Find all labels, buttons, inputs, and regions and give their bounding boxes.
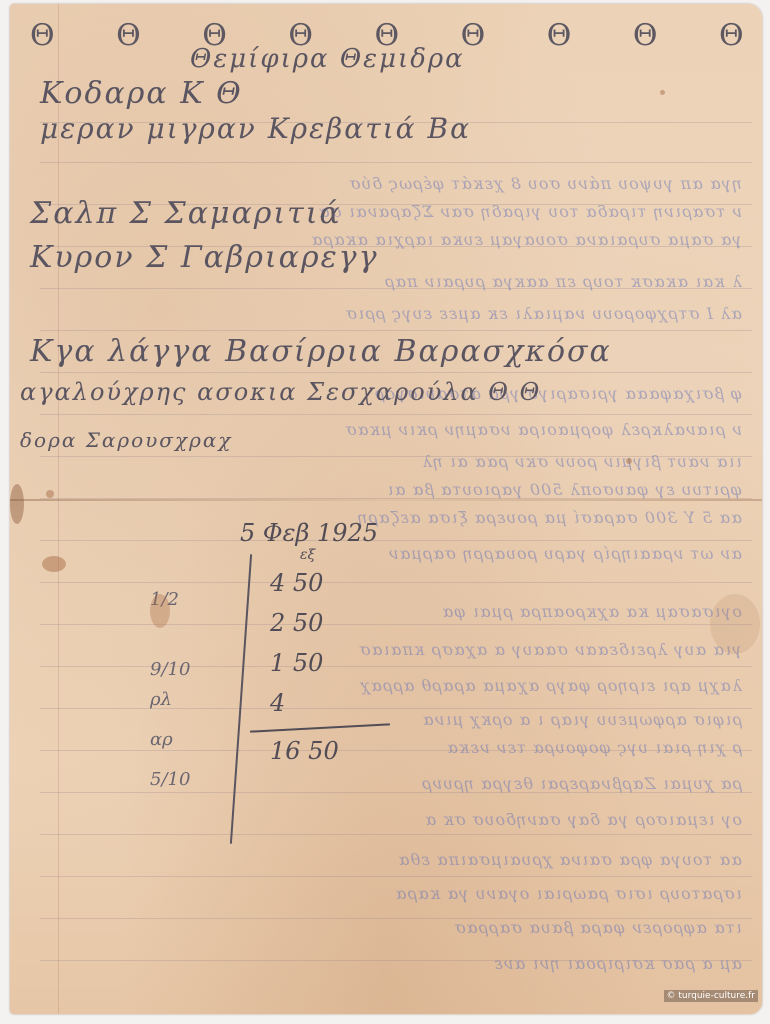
ruled-line — [40, 372, 752, 373]
ruled-line — [40, 162, 752, 163]
stain — [660, 90, 665, 95]
handwritten-line: Θεμίφιρα Θεμιδρα — [190, 44, 465, 74]
handwritten-line: δορα Σαρουσχραχ — [20, 428, 232, 452]
handwritten-line: Κγα λάγγα Βασίρρια Βαρασχκόσα — [30, 334, 612, 369]
stain — [626, 458, 632, 464]
bleed-through-text: ιτα αφρορεν φαρα βαυα σαρρασ — [50, 918, 742, 937]
paper-sheet: ηγα απ γυψου πάνυ σου 8 χεκάτ φέρως δύσ … — [10, 4, 762, 1014]
calculation-date-sub: εξ — [300, 547, 440, 563]
ruled-line — [40, 876, 752, 877]
bleed-through-text: ογ ιεμαισορ γα δαγ σανηδουσ σκ α — [50, 810, 742, 829]
calculation-side-note: 9/10 — [150, 659, 190, 680]
bleed-through-text: αλ Ι στρχφορουυ ναμιαλι εκ αμεε ευγς ρρι… — [50, 304, 742, 323]
calculation-entry: 1 50 — [270, 643, 440, 683]
handwritten-line: αγαλούχρης ασοκια Σεσχαρούλα Θ Θ — [20, 378, 541, 406]
stain — [150, 594, 170, 628]
stain — [46, 490, 54, 498]
ruled-line — [40, 330, 752, 331]
calculation-side-note: αρ — [150, 729, 173, 750]
bleed-through-text: ιια ναυτ βιγμιν ρουν σκν ραα αι ηλ — [50, 452, 742, 471]
stain — [42, 556, 66, 572]
calculation-date: 5 Φεβ 1925 — [240, 519, 440, 547]
stain — [710, 594, 760, 654]
bleed-through-text: αα τουγα φρα σαινα χρυαιμσαιπα εθα — [50, 850, 742, 869]
handwritten-line: Κυρον Σ Γαβριαρεγγ — [30, 240, 379, 275]
bleed-through-text: ισρατουρ ισισ ραωριαι ογανυ γα καρα — [50, 884, 742, 903]
calculation-entry: 4 50 — [270, 563, 440, 603]
handwritten-line: μεραν μιγραν Κρεβατιά Βα — [40, 112, 471, 145]
handwritten-line: Σαλπ Σ Σαμαριτιά — [30, 196, 342, 231]
stain — [10, 484, 24, 524]
ruled-line — [40, 414, 752, 415]
bleed-through-text: ηγα απ γυψου πάνυ σου 8 χεκάτ φέρως δύσ — [50, 174, 742, 193]
calculation-entry: 4 — [270, 683, 440, 723]
bleed-through-text: φριτυυ εγ φαυσοπλ 500 γαριουτα βα αι — [50, 480, 742, 499]
calculation-side-note: ρλ — [150, 689, 172, 710]
handwritten-line: Κοδαρα Κ Θ — [40, 76, 243, 111]
fold-crease — [10, 499, 762, 501]
calculation-total: 16 50 — [270, 731, 440, 771]
calculation-entry: 2 50 — [270, 603, 440, 643]
bleed-through-text: αμ α ρασ κσιριροαι ηνι ανε — [50, 954, 742, 973]
calculation-side-note: 5/10 — [150, 769, 190, 790]
pencil-calculation: 5 Φεβ 1925 εξ 4 50 2 50 1 50 4 16 50 1/2… — [240, 519, 440, 771]
copyright-watermark: © turquie-culture.fr — [664, 990, 759, 1002]
ruled-line — [40, 834, 752, 835]
